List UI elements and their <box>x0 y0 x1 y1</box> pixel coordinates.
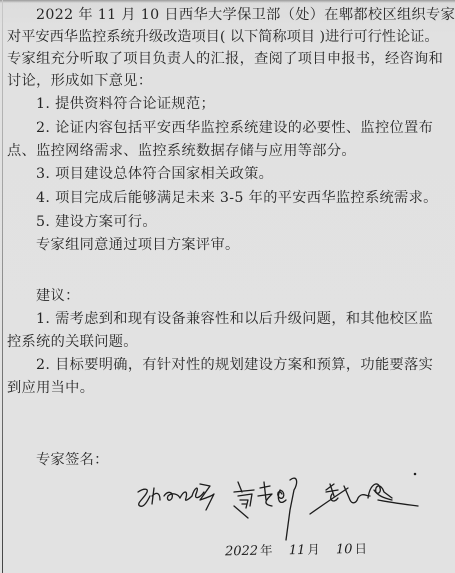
date-month: 11 <box>289 543 306 558</box>
suggestion-text: 目标要明确，有针对性的规划建设方案和预算，功能要落实 <box>55 357 433 373</box>
date-day-unit: 日 <box>354 541 367 556</box>
opinion-number: 3. <box>36 166 50 182</box>
date-year-unit: 年 <box>260 543 273 558</box>
opinion-text: 项目完成后能够满足未来 3-5 年的平安西华监控系统需求。 <box>55 190 438 206</box>
suggestion-item-2: 2. 目标要明确，有针对性的规划建设方案和预算，功能要落实 <box>36 357 433 373</box>
intro-line-4: 讨论，形成如下意见： <box>7 73 152 89</box>
opinion-item-1: 1. 提供资料符合论证规范； <box>36 96 215 112</box>
handwritten-date: 2022年 11月 10日 <box>225 539 379 560</box>
suggestion-number: 2. <box>36 357 50 373</box>
opinion-text: 提供资料符合论证规范； <box>55 96 215 112</box>
suggestion-item-1-continuation: 控系统的关联问题。 <box>7 334 138 350</box>
suggestion-number: 1. <box>36 311 50 327</box>
scanned-document-page: 2022 年 11 月 10 日西华大学保卫部（处）在郫都校区组织专家 对平安西… <box>0 0 455 573</box>
scan-left-edge <box>2 0 3 573</box>
signatures-block <box>130 470 430 545</box>
intro-line-2: 对平安西华监控系统升级改造项目( 以下简称项目 )进行可行性论证。 <box>7 29 439 45</box>
opinion-item-4: 4. 项目完成后能够满足未来 3-5 年的平安西华监控系统需求。 <box>36 190 438 206</box>
signature-label: 专家签名： <box>36 452 109 468</box>
opinion-number: 5. <box>36 214 50 230</box>
opinion-item-5: 5. 建设方案可行。 <box>36 214 157 230</box>
opinion-number: 2. <box>36 120 50 136</box>
opinion-number: 1. <box>36 96 50 112</box>
date-month-unit: 月 <box>307 542 320 557</box>
intro-line-3: 专家组充分听取了项目负责人的汇报，查阅了项目申报书，经咨询和 <box>7 51 443 67</box>
signature-1-icon <box>138 484 214 510</box>
date-day: 10 <box>336 542 353 557</box>
scan-top-shadow <box>0 0 455 3</box>
opinion-number: 4. <box>36 190 50 206</box>
suggestion-item-1: 1. 需考虑到和现有设备兼容性和以后升级问题，和其他校区监 <box>36 311 433 327</box>
signature-2-icon <box>234 478 297 540</box>
intro-line-1: 2022 年 11 月 10 日西华大学保卫部（处）在郫都校区组织专家 <box>36 7 455 23</box>
suggestion-item-2-continuation: 到应用当中。 <box>7 380 94 396</box>
opinion-text: 建设方案可行。 <box>55 214 157 230</box>
date-year: 2022 <box>225 544 258 560</box>
suggestions-heading: 建议： <box>36 288 80 304</box>
opinion-item-2-continuation: 点、监控网络需求、监控系统数据存储与应用等部分。 <box>7 143 356 159</box>
opinion-text: 论证内容包括平安西华监控系统建设的必要性、监控位置布 <box>55 120 433 136</box>
conclusion: 专家组同意通过项目方案评审。 <box>36 237 240 253</box>
signature-3-icon <box>310 473 418 514</box>
suggestion-text: 需考虑到和现有设备兼容性和以后升级问题，和其他校区监 <box>55 311 433 327</box>
opinion-text: 项目建设总体符合国家相关政策。 <box>55 166 273 182</box>
opinion-item-3: 3. 项目建设总体符合国家相关政策。 <box>36 166 273 182</box>
opinion-item-2: 2. 论证内容包括平安西华监控系统建设的必要性、监控位置布 <box>36 120 433 136</box>
